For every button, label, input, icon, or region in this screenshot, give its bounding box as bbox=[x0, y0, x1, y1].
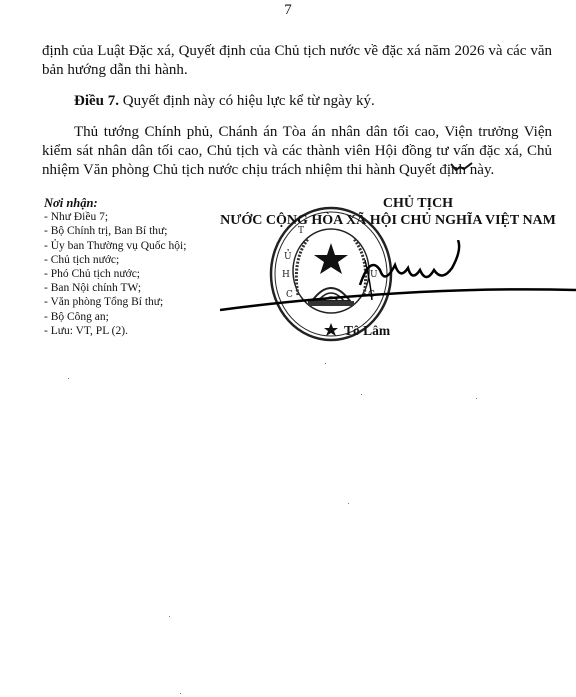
recipient-item: - Như Điều 7; bbox=[44, 210, 186, 224]
handwritten-signature-icon bbox=[220, 240, 576, 320]
article-7-label: Điều 7. bbox=[74, 93, 119, 109]
scan-speck bbox=[68, 378, 69, 379]
recipients-title: Nơi nhận: bbox=[44, 196, 186, 210]
recipient-item: - Chủ tịch nước; bbox=[44, 253, 186, 267]
recipient-item: - Văn phòng Tổng Bí thư; bbox=[44, 295, 186, 309]
scan-speck bbox=[348, 503, 349, 504]
scan-speck bbox=[169, 616, 170, 617]
recipient-item: - Ủy ban Thường vụ Quốc hội; bbox=[44, 239, 186, 253]
responsibility-text: Thủ tướng Chính phủ, Chánh án Tòa án nhâ… bbox=[42, 124, 552, 178]
scan-speck bbox=[361, 394, 362, 395]
recipients-list: Nơi nhận: - Như Điều 7; - Bộ Chính trị, … bbox=[44, 196, 186, 338]
signature-block: CHỦ TỊCH NƯỚC CỘNG HÒA XÃ HỘI CHỦ NGHĨA … bbox=[200, 195, 576, 229]
continuation-paragraph: định của Luật Đặc xá, Quyết định của Chủ… bbox=[42, 42, 552, 80]
recipient-item: - Lưu: VT, PL (2). bbox=[44, 324, 186, 338]
article-7-paragraph: Điều 7. Quyết định này có hiệu lực kể từ… bbox=[42, 92, 552, 111]
signer-organization: NƯỚC CỘNG HÒA XÃ HỘI CHỦ NGHĨA VIỆT NAM bbox=[200, 212, 576, 229]
signer-name: Tô Lâm bbox=[344, 323, 390, 339]
recipient-item: - Ban Nội chính TW; bbox=[44, 281, 186, 295]
article-7-text: Quyết định này có hiệu lực kể từ ngày ký… bbox=[119, 93, 375, 109]
signer-position: CHỦ TỊCH bbox=[200, 195, 576, 212]
recipient-item: - Bộ Công an; bbox=[44, 310, 186, 324]
page-number: 7 bbox=[0, 2, 576, 19]
responsibility-paragraph: Thủ tướng Chính phủ, Chánh án Tòa án nhâ… bbox=[42, 123, 552, 180]
recipient-item: - Bộ Chính trị, Ban Bí thư; bbox=[44, 224, 186, 238]
scan-speck bbox=[325, 363, 326, 364]
handwritten-tick-icon bbox=[450, 160, 474, 172]
scan-speck bbox=[180, 693, 181, 694]
recipient-item: - Phó Chủ tịch nước; bbox=[44, 267, 186, 281]
scan-speck bbox=[476, 398, 477, 399]
